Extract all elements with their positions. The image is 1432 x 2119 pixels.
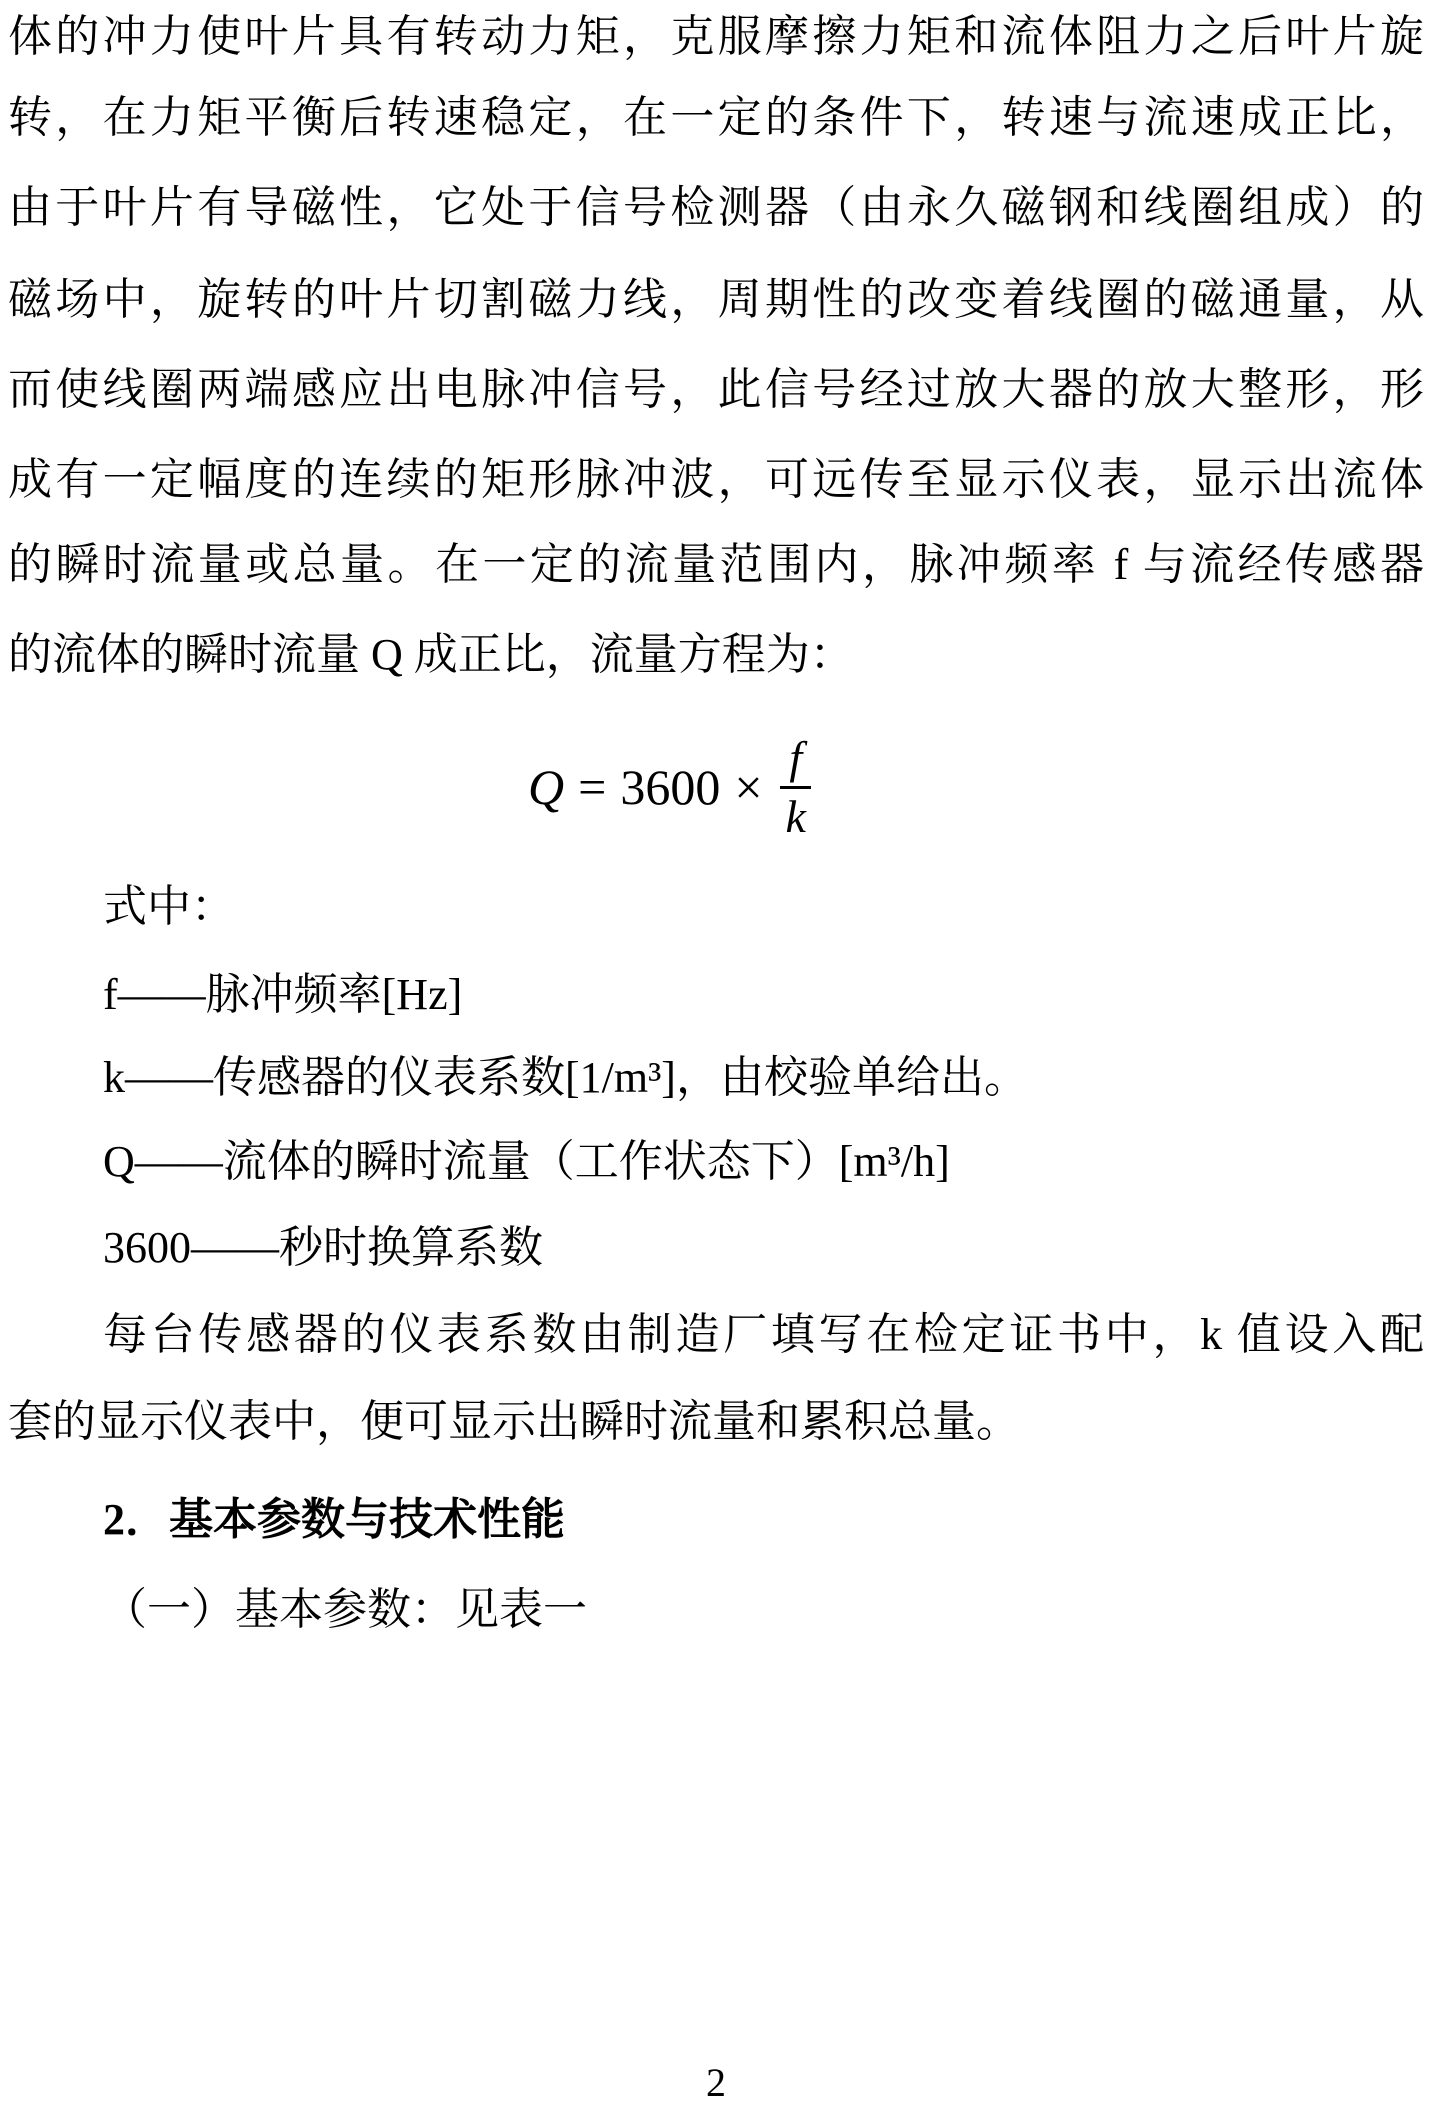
paragraph-line: 磁场中，旋转的叶片切割磁力线，周期性的改变着线圈的磁通量，从 (8, 274, 1424, 326)
definition-line-f: f——脉冲频率[Hz] (103, 969, 462, 1021)
equation-equals-sign: = (578, 758, 606, 816)
equation-numerator: f (780, 732, 811, 789)
definition-line-q: Q——流体的瞬时流量（工作状态下）[m³/h] (103, 1136, 950, 1188)
equation-fraction: f k (777, 732, 815, 843)
equation-denominator: k (777, 789, 815, 843)
paragraph-line: 体的冲力使叶片具有转动力矩，克服摩擦力矩和流体阻力之后叶片旋 (8, 11, 1424, 63)
section-subheading: （一）基本参数：见表一 (103, 1584, 587, 1636)
definition-line-k: k——传感器的仪表系数[1/m³]，由校验单给出。 (103, 1052, 1028, 1104)
paragraph-line: 由于叶片有导磁性，它处于信号检测器（由永久磁钢和线圈组成）的 (8, 182, 1424, 234)
paragraph-line: 每台传感器的仪表系数由制造厂填写在检定证书中，k 值设入配 (8, 1309, 1424, 1361)
definition-line-3600: 3600——秒时换算系数 (103, 1222, 543, 1274)
flow-equation: Q = 3600 × f k (528, 722, 815, 852)
paragraph-line: 套的显示仪表中，便可显示出瞬时流量和累积总量。 (8, 1396, 1020, 1448)
document-page: 体的冲力使叶片具有转动力矩，克服摩擦力矩和流体阻力之后叶片旋 转，在力矩平衡后转… (0, 0, 1432, 2119)
section-heading: 2．基本参数与技术性能 (103, 1494, 565, 1546)
paragraph-line: 而使线圈两端感应出电脉冲信号，此信号经过放大器的放大整形，形 (8, 364, 1424, 416)
where-label: 式中： (103, 881, 235, 933)
paragraph-line: 转，在力矩平衡后转速稳定，在一定的条件下，转速与流速成正比， (8, 92, 1424, 144)
page-number: 2 (0, 2059, 1432, 2107)
equation-lhs: Q (528, 758, 564, 816)
equation-coefficient: 3600 (620, 758, 720, 816)
paragraph-line: 的瞬时流量或总量。在一定的流量范围内，脉冲频率 f 与流经传感器 (8, 539, 1424, 591)
paragraph-line: 成有一定幅度的连续的矩形脉冲波，可远传至显示仪表，显示出流体 (8, 454, 1424, 506)
equation-times-sign: × (734, 758, 762, 816)
paragraph-line: 的流体的瞬时流量 Q 成正比，流量方程为： (8, 629, 854, 681)
